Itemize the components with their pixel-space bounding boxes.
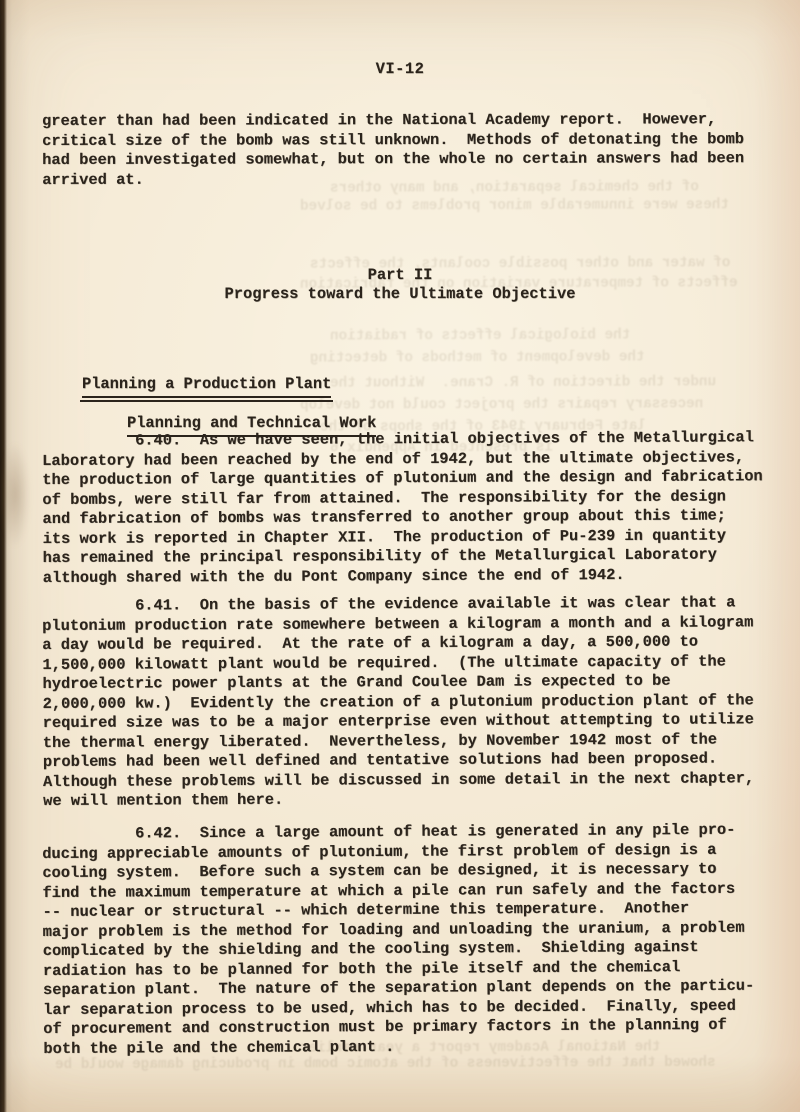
paragraph-6-42: 6.42. Since a large amount of heat is ge… xyxy=(42,821,755,1059)
paragraph-6-40: 6.40. As we have seen, the initial objec… xyxy=(42,428,763,588)
bleedthrough-text: the development of methods of detecting xyxy=(310,349,645,366)
bleedthrough-text: under the direction of R. Crane. Without… xyxy=(330,374,716,391)
intro-paragraph: greater than had been indicated in the N… xyxy=(42,110,744,190)
scanned-document-page: showed that the effectiveness of the ato… xyxy=(0,0,800,1112)
part-title: Part II xyxy=(0,266,800,286)
bleedthrough-text: these were innumerable minor problems to… xyxy=(300,197,729,214)
bleedthrough-text: the biological effects of radiation xyxy=(330,327,630,344)
paper-smudge xyxy=(0,420,36,570)
paragraph-6-41: 6.41. On the basis of the evidence avail… xyxy=(42,593,754,811)
part-subtitle: Progress toward the Ultimate Objective xyxy=(0,285,800,305)
page-number-label: VI-12 xyxy=(0,60,800,80)
